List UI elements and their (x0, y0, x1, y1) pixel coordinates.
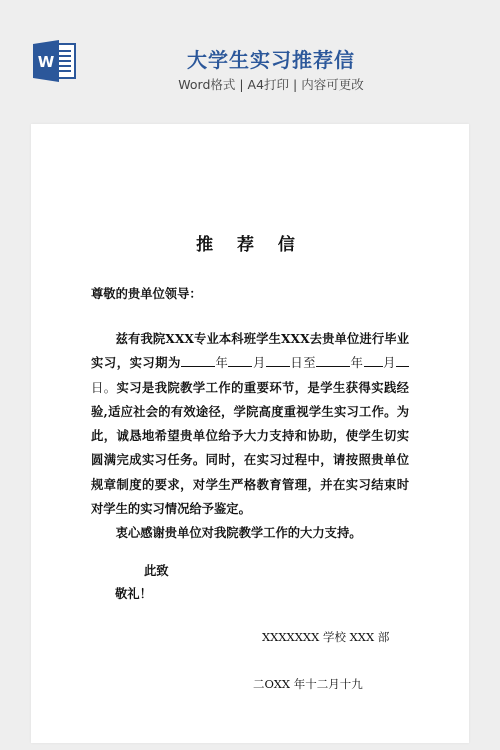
blank-year-start[interactable] (181, 354, 215, 367)
document-page: 推 荐 信 尊敬的贵单位领导： 兹有我院XXX专业本科班学生XXX去贵单位进行毕… (31, 124, 469, 743)
blank-month-end[interactable] (364, 354, 383, 367)
closing-line-1: 此致 (144, 561, 169, 579)
blank-day-end[interactable] (396, 354, 409, 367)
page-title: 大学生实习推荐信 (0, 44, 500, 73)
blank-year-end[interactable] (316, 354, 350, 367)
paragraph-2: 衷心感谢贵单位对我院教学工作的大力支持。 (91, 521, 409, 545)
blank-month-start[interactable] (228, 354, 252, 367)
paragraph-1-rest: 实习是我院教学工作的重要环节，是学生获得实践经验,适应社会的有效途径，学院高度重… (91, 380, 409, 516)
signature: XXXXXXX 学校 XXX 部 (262, 629, 389, 645)
blank-day-start[interactable] (266, 354, 290, 367)
salutation: 尊敬的贵单位领导： (91, 284, 202, 302)
paragraph-1-line-1: 兹有我院XXX专业本科班学生XXX去贵单位进行毕业 (116, 331, 409, 346)
paragraph-1: 兹有我院XXX专业本科班学生XXX去贵单位进行毕业实习，实习期为年月日至年月日。… (91, 327, 409, 521)
letter-body: 兹有我院XXX专业本科班学生XXX去贵单位进行毕业实习，实习期为年月日至年月日。… (91, 327, 409, 546)
closing-line-2: 敬礼！ (115, 584, 152, 602)
letter-date: 二OXX 年十二月十九 (253, 676, 363, 692)
page-subtitle: Word格式 | A4打印 | 内容可更改 (0, 75, 500, 93)
document-title: 推 荐 信 (31, 230, 469, 255)
